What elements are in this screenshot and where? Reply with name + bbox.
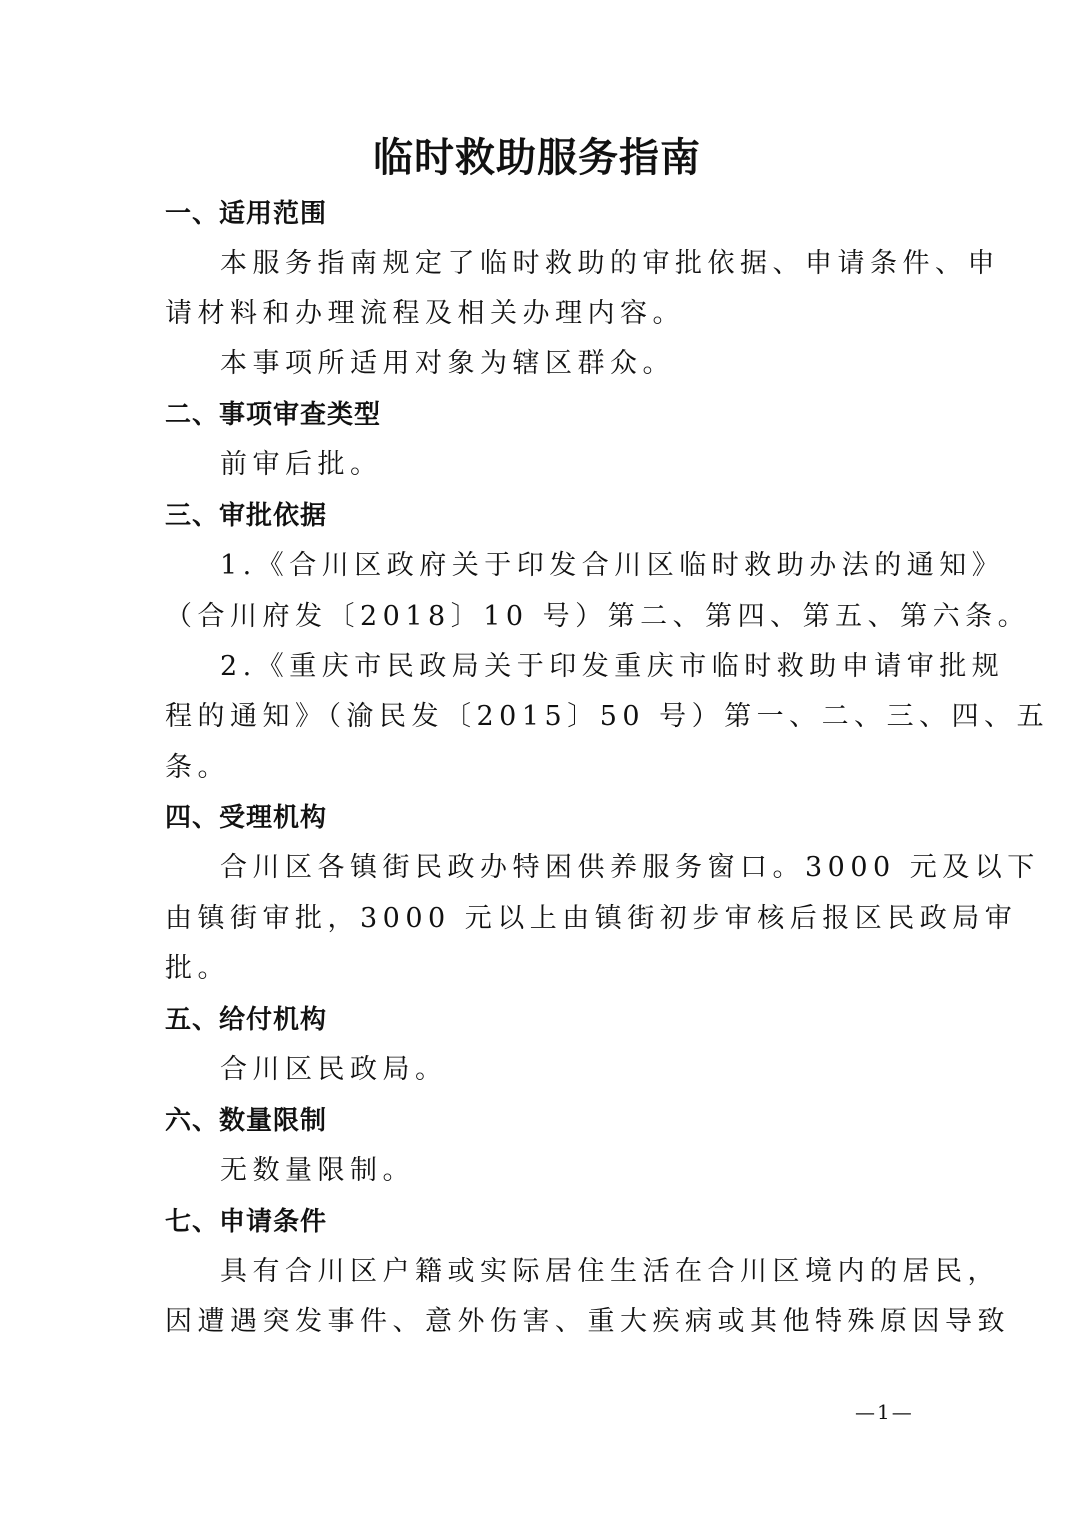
paragraph-line: 本事项所适用对象为辖区群众。 [220, 344, 970, 384]
section-heading: 二、事项审查类型 [165, 395, 915, 435]
paragraph-line: 无数量限制。 [220, 1151, 970, 1191]
section-heading: 一、适用范围 [165, 194, 915, 234]
paragraph-line: 1.《合川区政府关于印发合川区临时救助办法的通知》 [220, 546, 970, 586]
paragraph-line: 由镇街审批，3000 元以上由镇街初步审核后报区民政局审 [165, 899, 915, 939]
paragraph-line: 程的通知》（渝民发〔2015〕50 号）第一、二、三、四、五 [165, 697, 915, 737]
paragraph-line: （合川府发〔2018〕10 号）第二、第四、第五、第六条。 [165, 597, 915, 637]
document-page: 临时救助服务指南 一、适用范围本服务指南规定了临时救助的审批依据、申请条件、申请… [0, 0, 1074, 1520]
paragraph-line: 2.《重庆市民政局关于印发重庆市临时救助申请审批规 [220, 647, 970, 687]
paragraph-line: 批。 [165, 949, 915, 989]
paragraph-line: 合川区各镇街民政办特困供养服务窗口。3000 元及以下 [220, 848, 970, 888]
paragraph-line: 前审后批。 [220, 445, 970, 485]
paragraph-line: 因遭遇突发事件、意外伤害、重大疾病或其他特殊原因导致 [165, 1302, 915, 1342]
document-title: 临时救助服务指南 [0, 128, 1074, 188]
section-heading: 六、数量限制 [165, 1101, 915, 1141]
paragraph-line: 请材料和办理流程及相关办理内容。 [165, 294, 915, 334]
paragraph-line: 具有合川区户籍或实际居住生活在合川区境内的居民， [220, 1252, 970, 1292]
paragraph-line: 合川区民政局。 [220, 1050, 970, 1090]
paragraph-line: 条。 [165, 748, 915, 788]
page-number: —1— [855, 1400, 914, 1424]
section-heading: 四、受理机构 [165, 798, 915, 838]
section-heading: 五、给付机构 [165, 1000, 915, 1040]
section-heading: 三、审批依据 [165, 496, 915, 536]
paragraph-line: 本服务指南规定了临时救助的审批依据、申请条件、申 [220, 244, 970, 284]
section-heading: 七、申请条件 [165, 1202, 915, 1242]
